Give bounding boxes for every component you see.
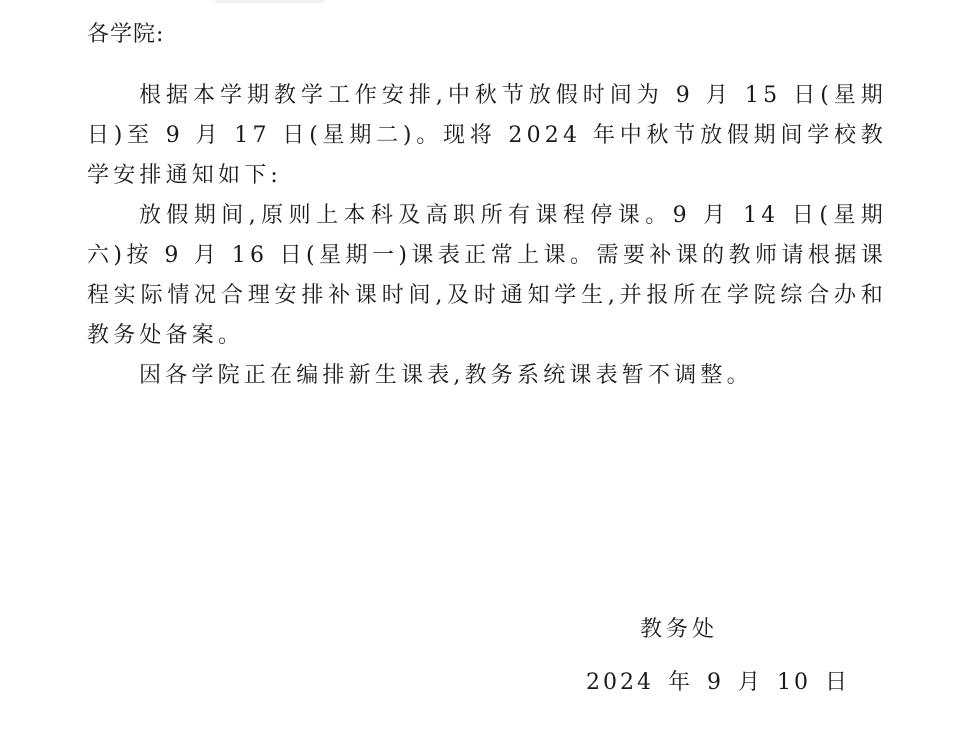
notice-document: 各学院: 根据本学期教学工作安排,中秋节放假时间为 9 月 15 日(星期日)至…: [87, 18, 887, 396]
cropped-header-remnant: [215, 0, 325, 3]
salutation: 各学院:: [87, 18, 887, 52]
paragraph-class-arrangement: 放假期间,原则上本科及高职所有课程停课。9 月 14 日(星期六)按 9 月 1…: [87, 196, 887, 356]
paragraph-timetable-note: 因各学院正在编排新生课表,教务系统课表暂不调整。: [87, 356, 887, 396]
issue-date: 2024 年 9 月 10 日: [586, 665, 850, 696]
issuer-signature: 教务处: [640, 612, 718, 643]
paragraph-holiday-schedule: 根据本学期教学工作安排,中秋节放假时间为 9 月 15 日(星期日)至 9 月 …: [87, 76, 887, 196]
